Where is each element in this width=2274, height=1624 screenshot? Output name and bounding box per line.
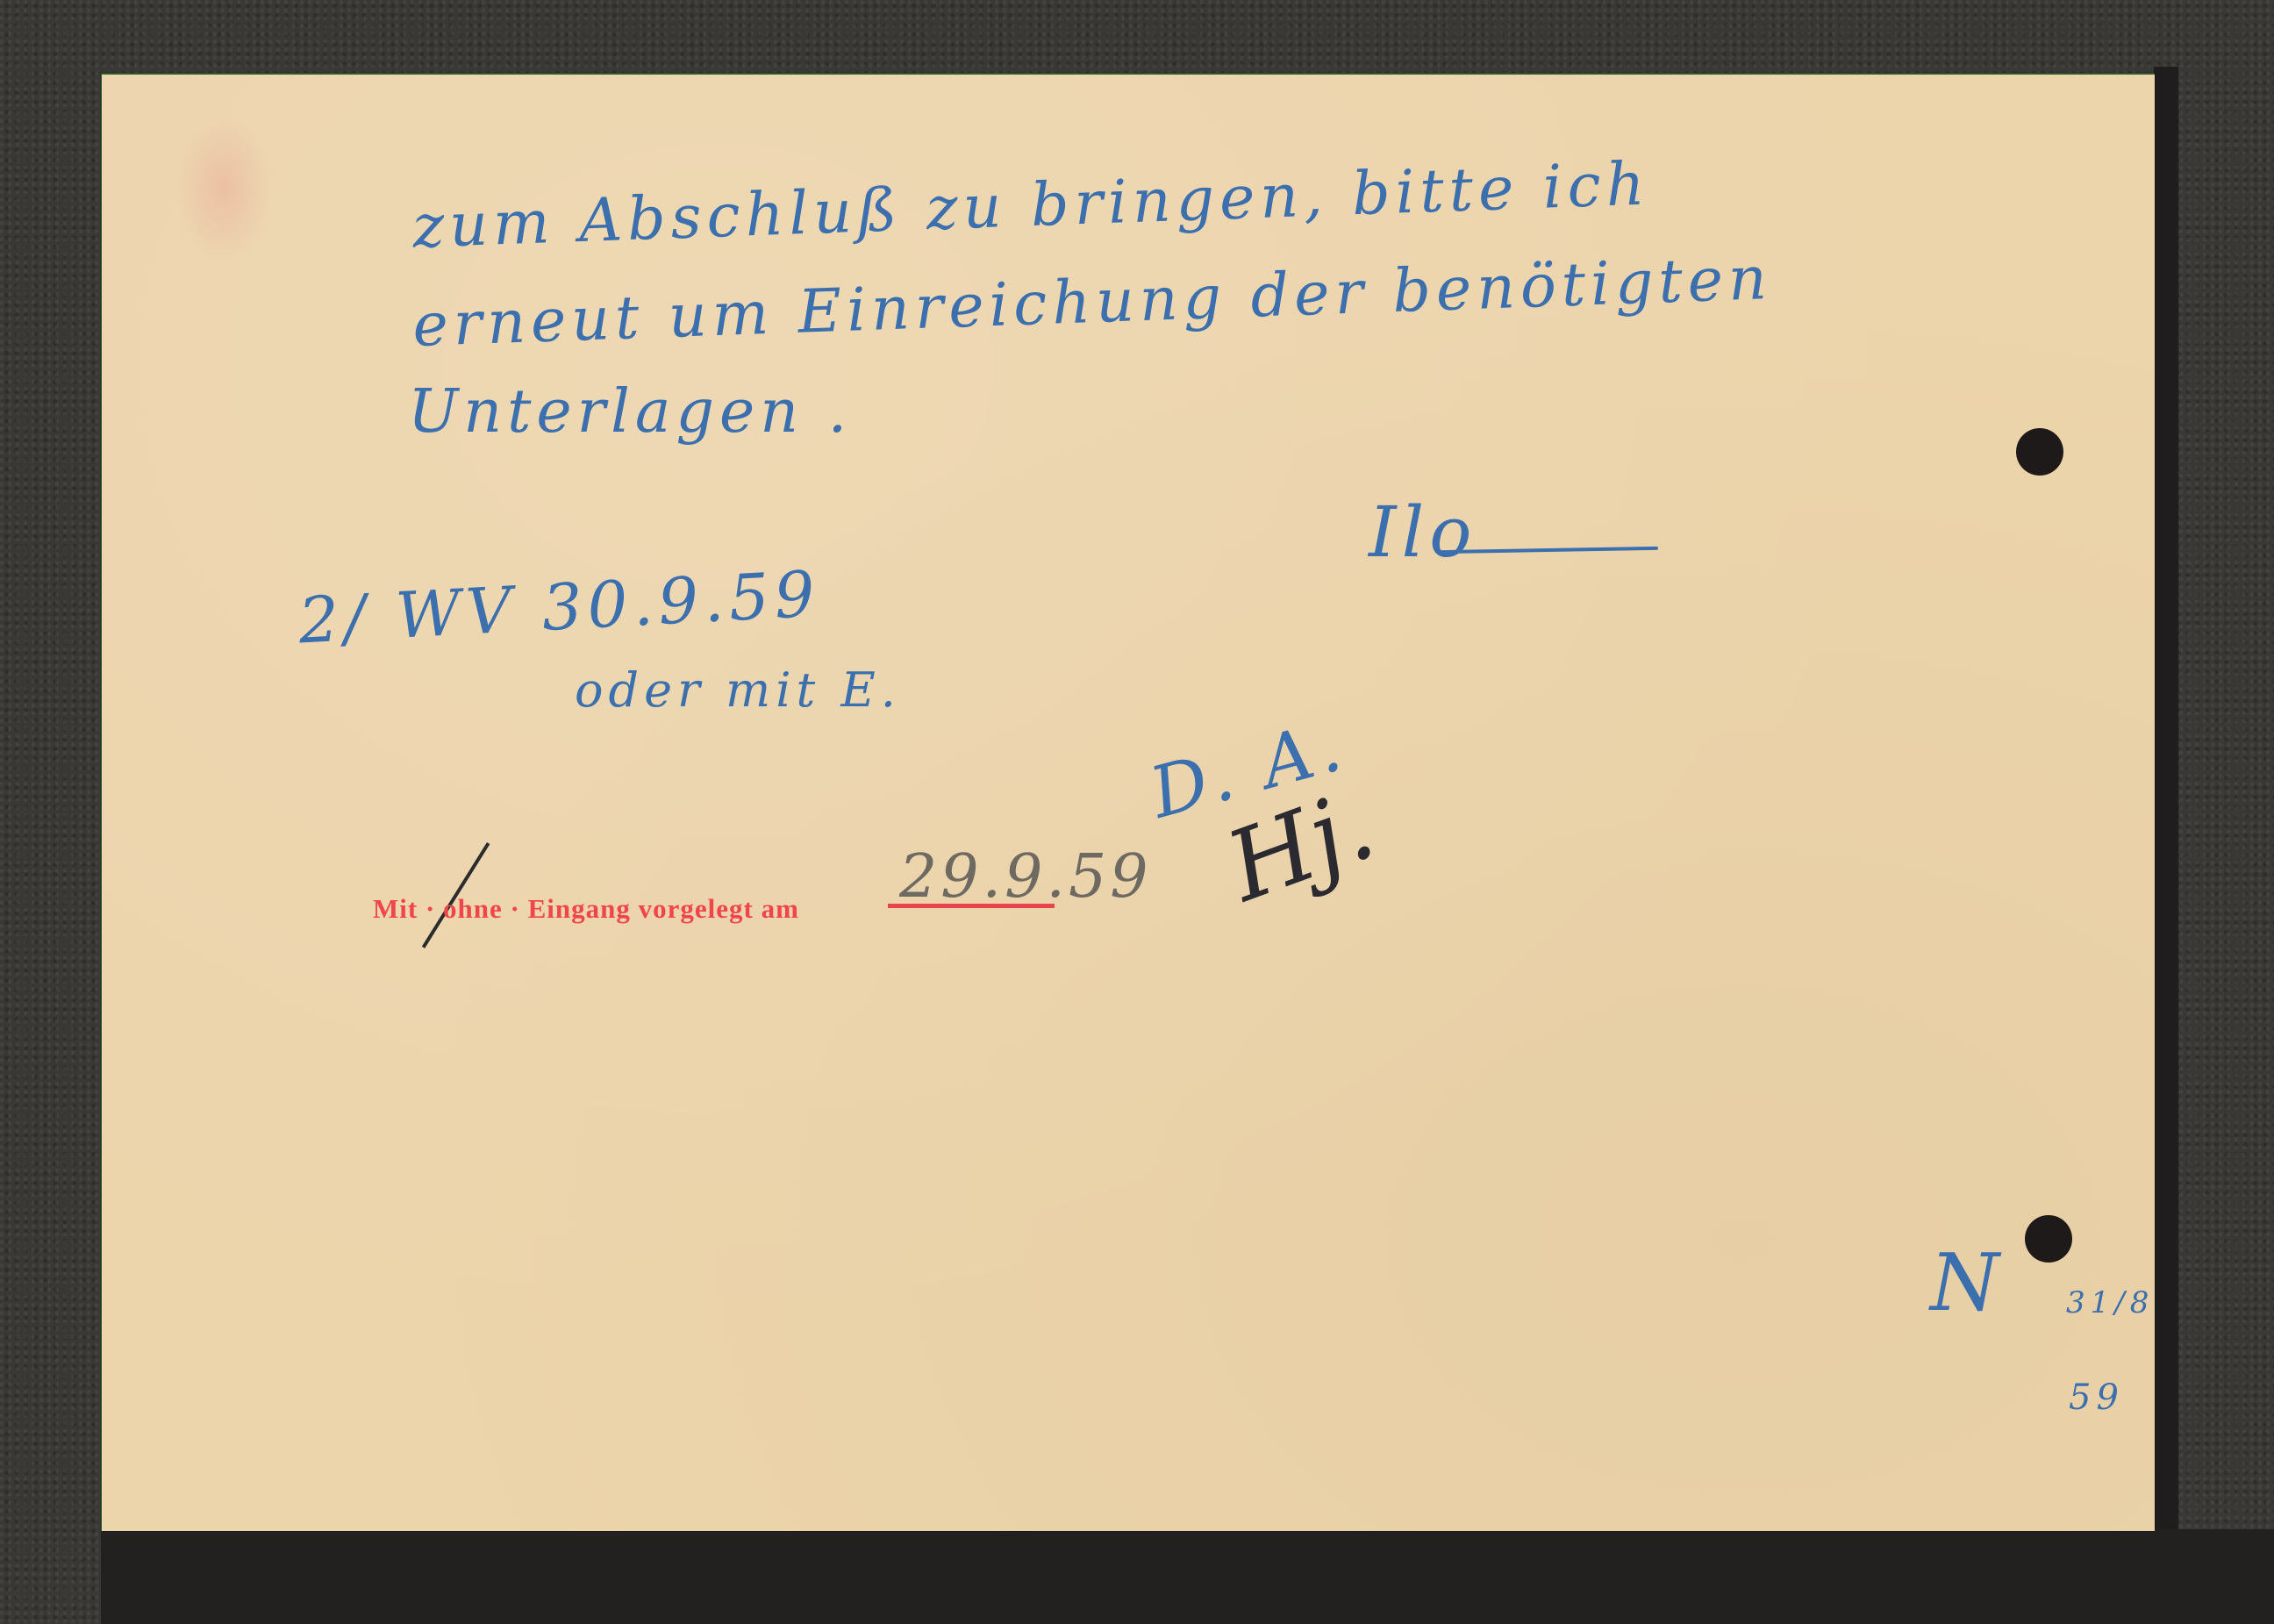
body-line-3: Unterlagen .: [408, 377, 852, 447]
signature-top: Ilo: [1369, 491, 1477, 573]
alternative-note: oder mit E.: [575, 662, 901, 718]
corner-initials: N: [1930, 1237, 2005, 1329]
corner-date: 31/8: [2066, 1285, 2154, 1320]
binder-edge: [2154, 67, 2178, 1624]
punch-hole-bottom-icon: [2025, 1215, 2072, 1263]
receipt-stamp: Mit · ohne · Eingang vorgelegt am: [373, 893, 799, 925]
stamp-handwritten-date: 29.9.59: [899, 842, 1152, 912]
corner-year: 59: [2069, 1377, 2124, 1418]
binder-bottom-strip: [101, 1529, 2274, 1624]
faint-red-watermark: [175, 114, 272, 263]
punch-hole-top-icon: [2016, 428, 2063, 476]
